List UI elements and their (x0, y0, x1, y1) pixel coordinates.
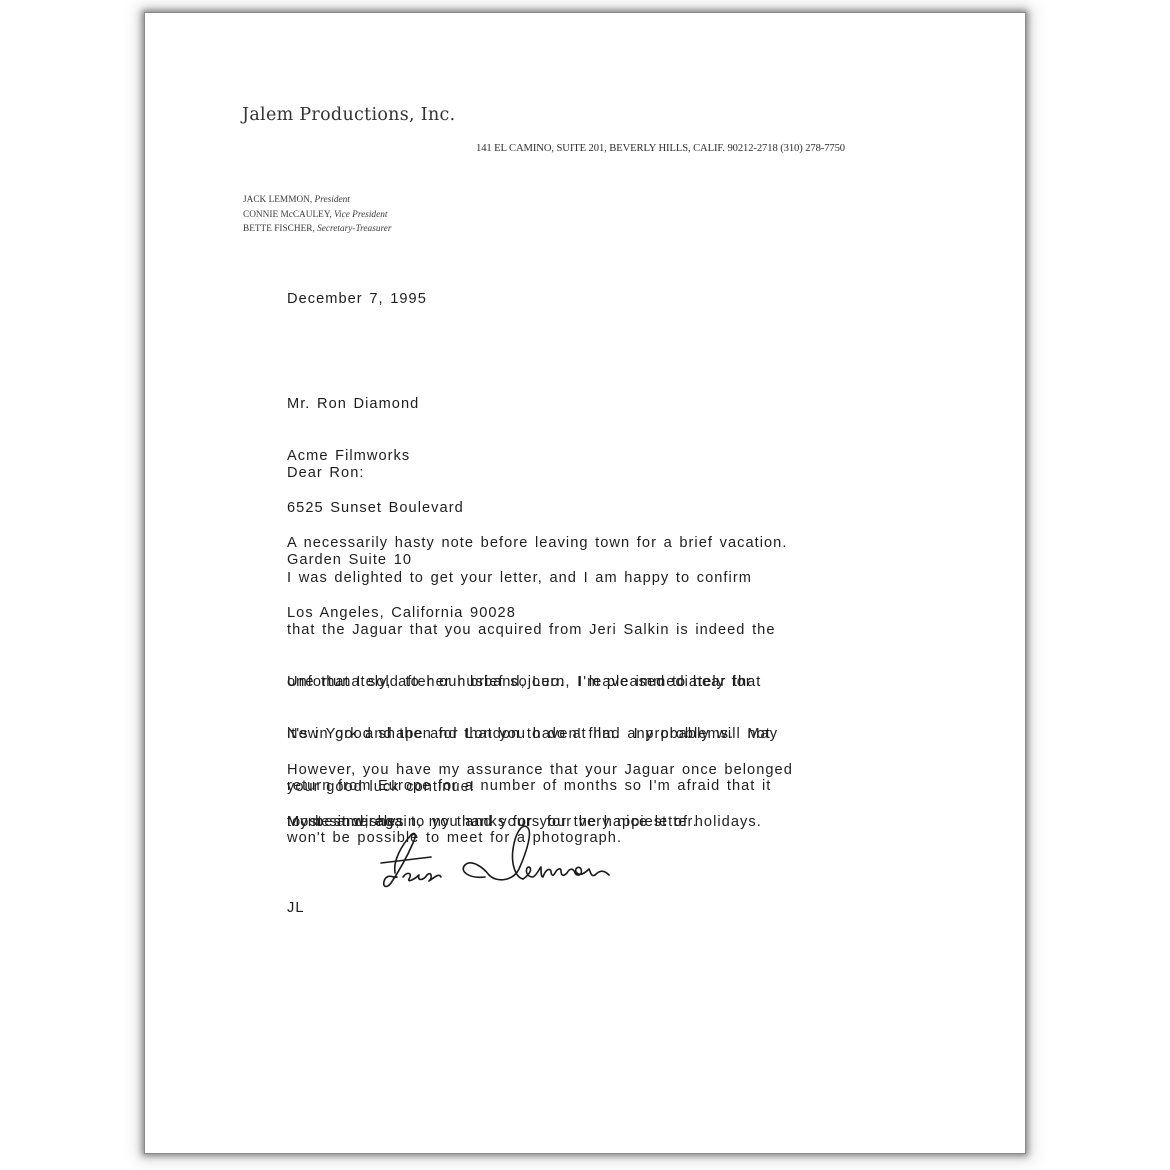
recipient-line: Acme Filmworks (287, 448, 516, 465)
officer-vice-president: CONNIE McCAULEY, Vice President (243, 208, 392, 223)
officer-title: Secretary-Treasurer (317, 224, 391, 234)
officer-secretary-treasurer: BETTE FISCHER, Secretary-Treasurer (243, 222, 392, 237)
officers-list: JACK LEMMON, President CONNIE McCAULEY, … (243, 193, 392, 237)
letter-date: December 7, 1995 (287, 291, 427, 308)
letter-page: Jalem Productions, Inc. 141 EL CAMINO, S… (145, 13, 1025, 1153)
officer-name: BETTE FISCHER, (243, 224, 315, 234)
paragraph-line: Unfortunately, after our brief sojourn, … (287, 674, 771, 691)
typist-initials: JL (287, 900, 305, 917)
paragraph-line: that the Jaguar that you acquired from J… (287, 622, 778, 639)
salutation: Dear Ron: (287, 465, 364, 482)
officer-name: JACK LEMMON, (243, 195, 312, 205)
paragraph-line: However, you have my assurance that your… (287, 762, 793, 779)
officer-name: CONNIE McCAULEY, (243, 210, 332, 220)
officer-title: President (315, 195, 350, 205)
company-name: Jalem Productions, Inc. (242, 105, 456, 125)
officer-title: Vice President (334, 210, 387, 220)
paragraph-line: I was delighted to get your letter, and … (287, 570, 778, 587)
officer-president: JACK LEMMON, President (243, 193, 392, 208)
recipient-line: Mr. Ron Diamond (287, 396, 516, 413)
signature-jack-lemmon (373, 821, 613, 896)
company-address: 141 EL CAMINO, SUITE 201, BEVERLY HILLS,… (476, 143, 845, 154)
